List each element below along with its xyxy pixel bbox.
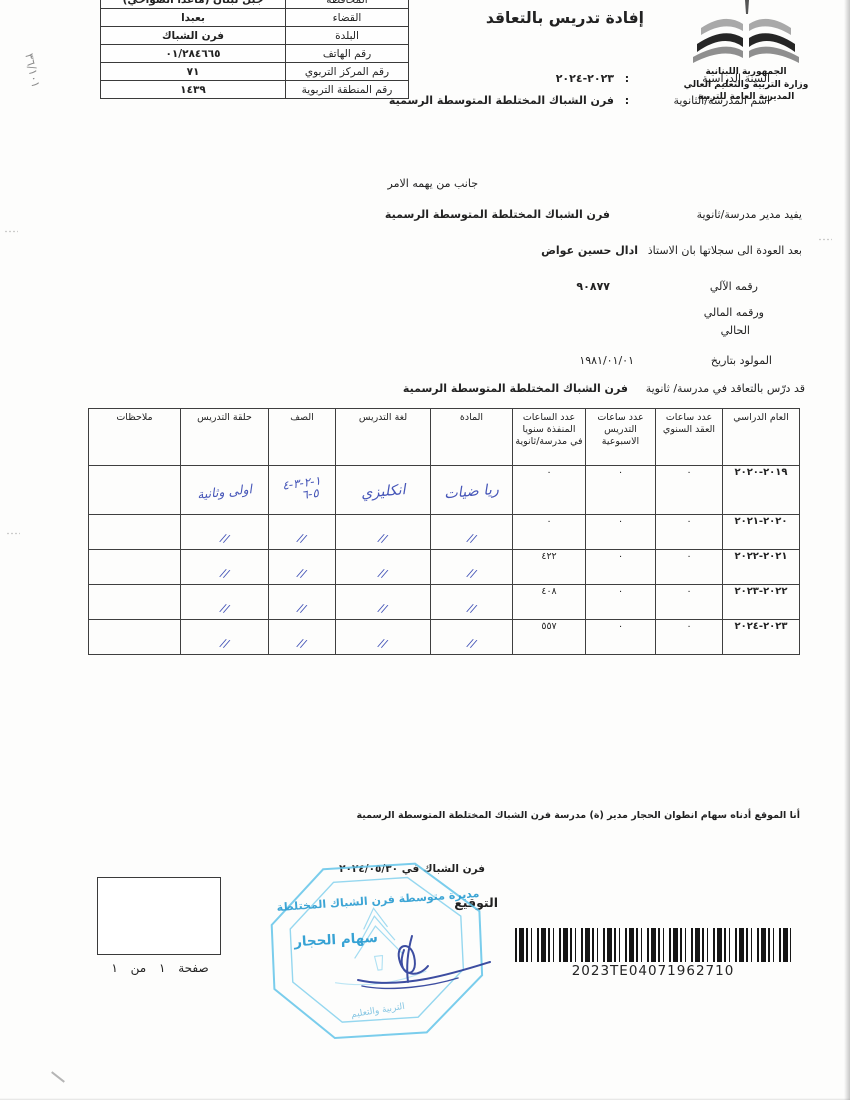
cell-cycle: // — [181, 550, 269, 585]
cell-year: ٢٠٢٢-٢٠٢٣ — [723, 585, 800, 620]
school-name-row: اسم المدرسة/الثانوية : فرن الشباك المختل… — [389, 94, 770, 107]
ditto-mark: // — [297, 566, 307, 580]
table-row: البلدةفرن الشباك — [101, 27, 409, 45]
scanned-document: المحافظةجبل لبنان (ماعدا الضواحي) القضاء… — [0, 0, 850, 1100]
col-header-grade: الصف — [269, 409, 336, 466]
cell-notes — [89, 466, 181, 515]
principal-declaration: أنا الموقع أدناه سهام انطوان الحجار مدير… — [357, 810, 800, 821]
colon-separator: : — [614, 72, 640, 85]
cell-subject: // — [431, 515, 513, 550]
col-header-contract-hours: عدد ساعات العقد السنوي — [656, 409, 723, 466]
ditto-mark: // — [378, 566, 388, 580]
info-label: القضاء — [286, 9, 409, 27]
cell-grade: ١-٢-٣-٤٥-٦ — [269, 466, 336, 515]
handwritten-language: انكليزي — [360, 482, 406, 502]
info-label: رقم الهاتف — [286, 45, 409, 63]
ditto-mark: // — [466, 636, 476, 650]
open-book-logo-icon — [687, 0, 805, 64]
barcode — [515, 928, 791, 962]
handwritten-grade: ١-٢-٣-٤٥-٦ — [281, 475, 323, 503]
cell-cycle: // — [181, 585, 269, 620]
cell-cycle: // — [181, 620, 269, 655]
handwritten-subject: ريا ضيات — [443, 481, 499, 502]
ditto-mark: // — [297, 601, 307, 615]
birthdate-label: المولود بتاريخ — [711, 354, 772, 367]
info-label: المحافظة — [286, 0, 409, 9]
cell-contract-hours: ٠ — [656, 550, 723, 585]
col-header-subject: المادة — [431, 409, 513, 466]
col-header-weekly-hours: عدد ساعات التدريس الاسبوعية — [586, 409, 656, 466]
table-row: ٢٠١٩-٢٠٢٠ ٠ ٠ ٠ ريا ضيات انكليزي ١-٢-٣-٤… — [89, 466, 800, 515]
ditto-mark: // — [378, 531, 388, 545]
school-stamp: مديرة متوسطة فرن الشباك المختلطة سهام ال… — [262, 858, 494, 1044]
computer-number-value: ٩٠٨٧٧ — [576, 280, 610, 293]
school-name-value: فرن الشباك المختلطة المتوسطة الرسمية — [389, 94, 614, 107]
cell-subject: // — [431, 585, 513, 620]
cell-executed-hours: ٠ — [513, 466, 586, 515]
teaching-record-table: العام الدراسي عدد ساعات العقد السنوي عدد… — [88, 408, 800, 655]
ditto-mark: // — [219, 636, 229, 650]
ditto-mark: // — [219, 601, 229, 615]
grade-line-2: ٥-٦ — [297, 487, 323, 501]
table-row: المحافظةجبل لبنان (ماعدا الضواحي) — [101, 0, 409, 9]
cell-subject: // — [431, 550, 513, 585]
ditto-mark: // — [219, 531, 229, 545]
cell-weekly-hours: ٠ — [586, 466, 656, 515]
colon-separator: : — [614, 94, 640, 107]
ditto-mark: // — [466, 531, 476, 545]
school-year-row: السنة الدراسية : ٢٠٢٣-٢٠٢٤ — [556, 72, 770, 85]
table-row: القضاءبعبدا — [101, 9, 409, 27]
cell-language: // — [336, 585, 431, 620]
cell-weekly-hours: ٠ — [586, 515, 656, 550]
school-year-label: السنة الدراسية — [640, 72, 770, 85]
cell-subject: ريا ضيات — [431, 466, 513, 515]
info-value: بعبدا — [101, 9, 286, 27]
ministry-header: الجمهورية اللبنانية وزارة التربية والتعل… — [652, 0, 840, 104]
info-label: البلدة — [286, 27, 409, 45]
info-value: ٧١ — [101, 63, 286, 81]
ditto-mark: // — [219, 566, 229, 580]
table-row: ٢٠٢٠-٢٠٢١ ٠ ٠ ٠ // // // // — [89, 515, 800, 550]
financial-number-label: ورقمه المالي — [704, 306, 764, 319]
barcode-number: 2023TE04071962710 — [515, 963, 791, 979]
cell-contract-hours: ٠ — [656, 466, 723, 515]
cell-language: // — [336, 620, 431, 655]
info-value: فرن الشباك — [101, 27, 286, 45]
cell-executed-hours: ٤٢٢ — [513, 550, 586, 585]
school-name-inline: فرن الشباك المختلطة المتوسطة الرسمية — [385, 208, 610, 221]
scan-edge-shadow — [844, 0, 850, 1100]
taught-statement-label: قد درّس بالتعاقد في مدرسة/ ثانوية — [646, 382, 805, 395]
table-row: ٢٠٢٣-٢٠٢٤ ٠ ٠ ٥٥٧ // // // // — [89, 620, 800, 655]
info-value: ١٤٣٩ — [101, 81, 286, 99]
cell-cycle: // — [181, 515, 269, 550]
col-header-cycle: حلقة التدريس — [181, 409, 269, 466]
document-title: إفادة تدريس بالتعاقد — [486, 9, 644, 27]
ditto-mark: // — [297, 636, 307, 650]
teacher-name: ادال حسين عواض — [541, 244, 638, 257]
scan-speck — [6, 532, 20, 535]
ditto-mark: // — [297, 531, 307, 545]
table-row: ٢٠٢٢-٢٠٢٣ ٠ ٠ ٤٠٨ // // // // — [89, 585, 800, 620]
table-row: رقم المركز التربوي٧١ — [101, 63, 409, 81]
cell-weekly-hours: ٠ — [586, 550, 656, 585]
scan-speck — [51, 1071, 65, 1082]
cell-year: ٢٠٢٣-٢٠٢٤ — [723, 620, 800, 655]
scan-speck — [4, 230, 18, 233]
cell-notes — [89, 550, 181, 585]
cell-executed-hours: ٤٠٨ — [513, 585, 586, 620]
cell-grade: // — [269, 515, 336, 550]
table-row: رقم الهاتف٠١/٢٨٤٦٦٥ — [101, 45, 409, 63]
statement-label: يفيد مدير مدرسة/ثانوية — [697, 208, 802, 221]
school-year-value: ٢٠٢٣-٢٠٢٤ — [556, 72, 614, 85]
to-whom-line: جانب من يهمه الامر — [388, 177, 478, 190]
signature-ink-icon — [262, 858, 494, 1044]
ditto-mark: // — [378, 601, 388, 615]
col-header-year: العام الدراسي — [723, 409, 800, 466]
page-number: صفحة ١ من ١ — [92, 961, 228, 975]
cell-contract-hours: ٠ — [656, 620, 723, 655]
handwritten-cycle: اولى وثانية — [196, 481, 252, 502]
cell-contract-hours: ٠ — [656, 515, 723, 550]
financial-number-label-2: الحالي — [721, 324, 750, 337]
info-label: رقم المركز التربوي — [286, 63, 409, 81]
computer-number-label: رقمه الآلي — [710, 280, 758, 293]
cell-grade: // — [269, 585, 336, 620]
cell-executed-hours: ٠ — [513, 515, 586, 550]
table-row: رقم المنطقة التربوية١٤٣٩ — [101, 81, 409, 99]
cell-cycle: اولى وثانية — [181, 466, 269, 515]
cell-grade: // — [269, 620, 336, 655]
cell-grade: // — [269, 550, 336, 585]
cell-language: انكليزي — [336, 466, 431, 515]
ditto-mark: // — [466, 566, 476, 580]
cell-executed-hours: ٥٥٧ — [513, 620, 586, 655]
col-header-notes: ملاحظات — [89, 409, 181, 466]
taught-school-value: فرن الشباك المختلطة المتوسطة الرسمية — [403, 382, 628, 395]
col-header-executed-hours: عدد الساعات المنفذة سنويا في مدرسة/ثانوي… — [513, 409, 586, 466]
cell-weekly-hours: ٠ — [586, 620, 656, 655]
col-header-language: لغة التدريس — [336, 409, 431, 466]
cell-notes — [89, 585, 181, 620]
cell-year: ٢٠١٩-٢٠٢٠ — [723, 466, 800, 515]
empty-stamp-box — [97, 877, 221, 955]
statement-label: بعد العودة الى سجلاتها بان الاستاذ — [648, 244, 802, 257]
cell-notes — [89, 620, 181, 655]
cell-contract-hours: ٠ — [656, 585, 723, 620]
cell-subject: // — [431, 620, 513, 655]
location-info-table: المحافظةجبل لبنان (ماعدا الضواحي) القضاء… — [100, 0, 409, 99]
cell-language: // — [336, 515, 431, 550]
scan-speck — [818, 238, 832, 241]
school-name-label: اسم المدرسة/الثانوية — [640, 94, 770, 107]
cell-language: // — [336, 550, 431, 585]
ditto-mark: // — [378, 636, 388, 650]
margin-handwritten-note: ٣٦/١٠١ — [22, 52, 43, 89]
ditto-mark: // — [466, 601, 476, 615]
cell-year: ٢٠٢٠-٢٠٢١ — [723, 515, 800, 550]
info-value: جبل لبنان (ماعدا الضواحي) — [101, 0, 286, 9]
cell-notes — [89, 515, 181, 550]
birthdate-value: ١٩٨١/٠١/٠١ — [579, 354, 634, 367]
cell-year: ٢٠٢١-٢٠٢٢ — [723, 550, 800, 585]
table-header-row: العام الدراسي عدد ساعات العقد السنوي عدد… — [89, 409, 800, 466]
info-value: ٠١/٢٨٤٦٦٥ — [101, 45, 286, 63]
table-row: ٢٠٢١-٢٠٢٢ ٠ ٠ ٤٢٢ // // // // — [89, 550, 800, 585]
cell-weekly-hours: ٠ — [586, 585, 656, 620]
